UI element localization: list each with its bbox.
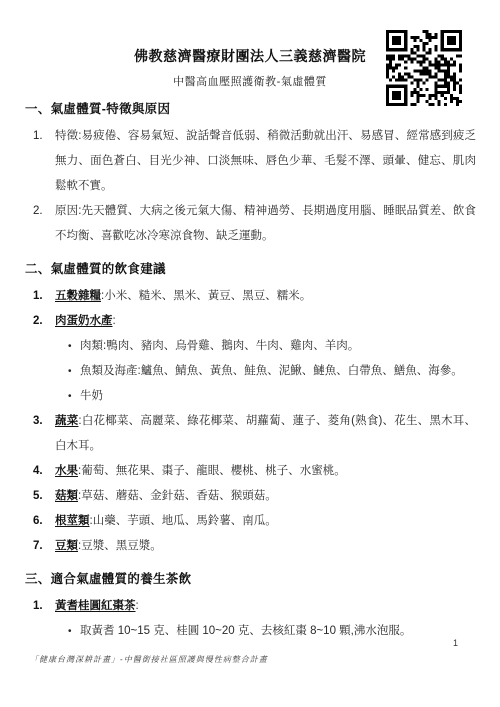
- bullet-item: •牛奶: [68, 384, 476, 409]
- list-item: 2.肉蛋奶水產:: [33, 309, 476, 334]
- bullet-dot-icon: •: [68, 384, 80, 409]
- document-body: 一、氣虛體質-特徵與原因1.特徵:易疲倦、容易氣短、說話聲音低弱、稍微活動就出汗…: [0, 97, 500, 644]
- bullet-dot-icon: •: [68, 619, 80, 644]
- item-term: 根莖類: [55, 515, 90, 527]
- section-heading: 三、適合氣虛體質的養生茶飲: [25, 567, 476, 592]
- item-list: 1.五穀雜糧:小米、糙米、黑米、黃豆、黑豆、糯米。2.肉蛋奶水產:•肉類:鴨肉、…: [25, 284, 476, 559]
- bullet-item: •肉類:鴨肉、豬肉、烏骨雞、鵝肉、牛肉、雞肉、羊肉。: [68, 334, 476, 359]
- bullet-text: 肉類:鴨肉、豬肉、烏骨雞、鵝肉、牛肉、雞肉、羊肉。: [80, 334, 476, 359]
- item-text: 特徵:易疲倦、容易氣短、說話聲音低弱、稍微活動就出汗、易感冒、經常感到疲乏無力、…: [55, 130, 476, 192]
- bullet-dot-icon: •: [68, 359, 80, 384]
- item-text: :: [113, 315, 116, 327]
- item-number: 2.: [33, 309, 55, 334]
- bullet-text: 牛奶: [80, 384, 476, 409]
- item-body: 肉蛋奶水產:: [55, 309, 476, 334]
- list-item: 1.特徵:易疲倦、容易氣短、說話聲音低弱、稍微活動就出汗、易感冒、經常感到疲乏無…: [33, 124, 476, 199]
- item-list: 1.特徵:易疲倦、容易氣短、說話聲音低弱、稍微活動就出汗、易感冒、經常感到疲乏無…: [25, 124, 476, 249]
- item-number: 6.: [33, 509, 55, 534]
- list-item: 1.黃耆桂圓紅棗茶:: [33, 594, 476, 619]
- section: 一、氣虛體質-特徵與原因1.特徵:易疲倦、容易氣短、說話聲音低弱、稍微活動就出汗…: [25, 97, 476, 249]
- item-term: 水果: [55, 465, 78, 477]
- list-item: 5.菇類:草菇、蘑菇、金針菇、香菇、猴頭菇。: [33, 484, 476, 509]
- item-number: 7.: [33, 534, 55, 559]
- item-body: 菇類:草菇、蘑菇、金針菇、香菇、猴頭菇。: [55, 484, 476, 509]
- item-term: 肉蛋奶水產: [55, 315, 113, 327]
- bullet-item: •取黃耆 10~15 克、桂圓 10~20 克、去核紅棗 8~10 顆,沸水泡服…: [68, 619, 476, 644]
- item-number: 3.: [33, 409, 55, 459]
- bullet-text: 魚類及海產:鱸魚、鯖魚、黃魚、鮭魚、泥鰍、鰱魚、白帶魚、鱔魚、海參。: [80, 359, 476, 384]
- item-text: :小米、糙米、黑米、黃豆、黑豆、糯米。: [101, 290, 311, 302]
- list-item: 7.豆類:豆漿、黑豆漿。: [33, 534, 476, 559]
- bullet-item: •魚類及海產:鱸魚、鯖魚、黃魚、鮭魚、泥鰍、鰱魚、白帶魚、鱔魚、海參。: [68, 359, 476, 384]
- item-text: :山藥、芋頭、地瓜、馬鈴薯、南瓜。: [90, 515, 277, 527]
- item-body: 原因:先天體質、大病之後元氣大傷、精神過勞、長期過度用腦、睡眠品質差、飲食不均衡…: [55, 199, 476, 249]
- item-body: 水果:葡萄、無花果、棗子、龍眼、櫻桃、桃子、水蜜桃。: [55, 459, 476, 484]
- section: 三、適合氣虛體質的養生茶飲1.黃耆桂圓紅棗茶:•取黃耆 10~15 克、桂圓 1…: [25, 567, 476, 644]
- item-text: :白花椰菜、高麗菜、綠花椰菜、胡蘿蔔、蓮子、菱角(熟食)、花生、黑木耳、白木耳。: [55, 415, 476, 452]
- footer-note: 「健康台灣深耕計畫」-中醫銜接社區照護與慢性病整合計畫: [30, 654, 268, 665]
- item-list: 1.黃耆桂圓紅棗茶:•取黃耆 10~15 克、桂圓 10~20 克、去核紅棗 8…: [25, 594, 476, 644]
- item-body: 根莖類:山藥、芋頭、地瓜、馬鈴薯、南瓜。: [55, 509, 476, 534]
- list-item: 1.五穀雜糧:小米、糙米、黑米、黃豆、黑豆、糯米。: [33, 284, 476, 309]
- item-number: 5.: [33, 484, 55, 509]
- qr-code-icon: [386, 30, 462, 106]
- section-heading: 二、氣虛體質的飲食建議: [25, 257, 476, 282]
- page-number: 1: [453, 638, 458, 648]
- item-number: 1.: [33, 284, 55, 309]
- bullet-text: 取黃耆 10~15 克、桂圓 10~20 克、去核紅棗 8~10 顆,沸水泡服。: [80, 619, 476, 644]
- list-item: 3.蔬菜:白花椰菜、高麗菜、綠花椰菜、胡蘿蔔、蓮子、菱角(熟食)、花生、黑木耳、…: [33, 409, 476, 459]
- item-text: 原因:先天體質、大病之後元氣大傷、精神過勞、長期過度用腦、睡眠品質差、飲食不均衡…: [55, 205, 476, 242]
- item-number: 1.: [33, 594, 55, 619]
- item-number: 1.: [33, 124, 55, 199]
- item-body: 五穀雜糧:小米、糙米、黑米、黃豆、黑豆、糯米。: [55, 284, 476, 309]
- list-item: 4.水果:葡萄、無花果、棗子、龍眼、櫻桃、桃子、水蜜桃。: [33, 459, 476, 484]
- item-term: 菇類: [55, 490, 78, 502]
- item-body: 黃耆桂圓紅棗茶:: [55, 594, 476, 619]
- section: 二、氣虛體質的飲食建議1.五穀雜糧:小米、糙米、黑米、黃豆、黑豆、糯米。2.肉蛋…: [25, 257, 476, 559]
- item-number: 2.: [33, 199, 55, 249]
- item-body: 豆類:豆漿、黑豆漿。: [55, 534, 476, 559]
- list-item: 6.根莖類:山藥、芋頭、地瓜、馬鈴薯、南瓜。: [33, 509, 476, 534]
- item-term: 蔬菜: [55, 415, 78, 427]
- item-term: 五穀雜糧: [55, 290, 101, 302]
- item-body: 特徵:易疲倦、容易氣短、說話聲音低弱、稍微活動就出汗、易感冒、經常感到疲乏無力、…: [55, 124, 476, 199]
- bullet-dot-icon: •: [68, 334, 80, 359]
- page: 佛教慈濟醫療財團法人三義慈濟醫院 中醫高血壓照護衛教-氣虛體質 一、氣虛體質-特…: [0, 0, 500, 707]
- item-number: 4.: [33, 459, 55, 484]
- item-body: 蔬菜:白花椰菜、高麗菜、綠花椰菜、胡蘿蔔、蓮子、菱角(熟食)、花生、黑木耳、白木…: [55, 409, 476, 459]
- item-term: 豆類: [55, 540, 78, 552]
- item-text: :葡萄、無花果、棗子、龍眼、櫻桃、桃子、水蜜桃。: [78, 465, 346, 477]
- item-text: :豆漿、黑豆漿。: [78, 540, 162, 552]
- item-text: :: [136, 600, 139, 612]
- list-item: 2.原因:先天體質、大病之後元氣大傷、精神過勞、長期過度用腦、睡眠品質差、飲食不…: [33, 199, 476, 249]
- item-text: :草菇、蘑菇、金針菇、香菇、猴頭菇。: [78, 490, 277, 502]
- item-term: 黃耆桂圓紅棗茶: [55, 600, 136, 612]
